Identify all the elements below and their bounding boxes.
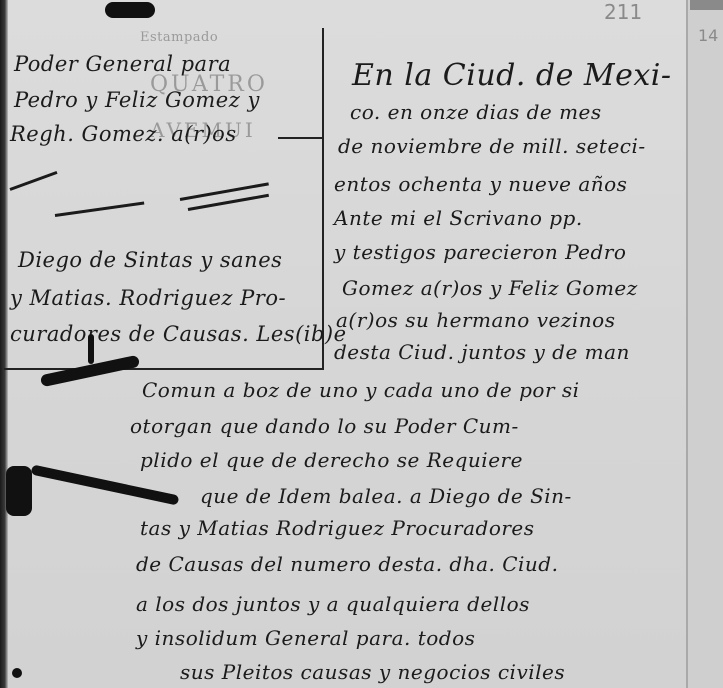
folio-number: 211 xyxy=(604,0,642,24)
ink-blot xyxy=(88,334,94,364)
main-text-line: En la Ciud. de Mexi- xyxy=(352,58,672,93)
margin-note-line: curadores de Causas. Les(ib)e xyxy=(10,322,347,346)
main-text-line: de Causas del numero desta. dha. Ciud. xyxy=(136,552,558,576)
main-text-line: plido el que de derecho se Requiere xyxy=(140,448,523,472)
main-text-line: Ante mi el Scrivano pp. xyxy=(334,206,583,230)
folio-number-secondary: 14 xyxy=(698,26,718,45)
main-text-line: y testigos parecieron Pedro xyxy=(334,240,626,264)
ink-blot xyxy=(105,2,155,18)
main-text-line: co. en onze dias de mes xyxy=(350,100,602,124)
margin-box-divider xyxy=(278,137,322,139)
main-text-line: Gomez a(r)os y Feliz Gomez xyxy=(342,276,638,300)
main-text-line: a(r)os su hermano vezinos xyxy=(336,308,615,332)
ink-dot xyxy=(12,668,22,678)
ink-blot xyxy=(6,466,32,516)
main-text-line: Comun a boz de uno y cada uno de por si xyxy=(142,378,580,402)
margin-note-line: Diego de Sintas y sanes xyxy=(18,248,282,272)
main-text-line: sus Pleitos causas y negocios civiles xyxy=(180,660,565,684)
manuscript-page: 211 14 Estampado QUATRO AVEMUI Poder Gen… xyxy=(0,0,723,688)
main-text-line: de noviembre de mill. seteci- xyxy=(338,134,646,158)
margin-note-line: Poder General para xyxy=(14,52,231,76)
margin-note-line: Pedro y Feliz Gomez y xyxy=(14,88,260,112)
margin-note-line: Regh. Gomez. a(r)os xyxy=(10,122,237,146)
main-text-line: a los dos juntos y a qualquiera dellos xyxy=(136,592,530,616)
main-text-line: desta Ciud. juntos y de man xyxy=(334,340,630,364)
margin-note-box xyxy=(4,28,324,370)
main-text-line: y insolidum General para. todos xyxy=(136,626,475,650)
main-text-line: tas y Matias Rodriguez Procuradores xyxy=(140,516,535,540)
margin-note-line: y Matias. Rodriguez Pro- xyxy=(10,286,286,310)
main-text-line: que de Idem balea. a Diego de Sin- xyxy=(200,484,572,508)
page-fold-shadow xyxy=(690,0,723,10)
main-text-line: otorgan que dando lo su Poder Cum- xyxy=(130,414,519,438)
main-text-line: entos ochenta y nueve años xyxy=(334,172,627,196)
right-page-edge xyxy=(686,0,723,688)
